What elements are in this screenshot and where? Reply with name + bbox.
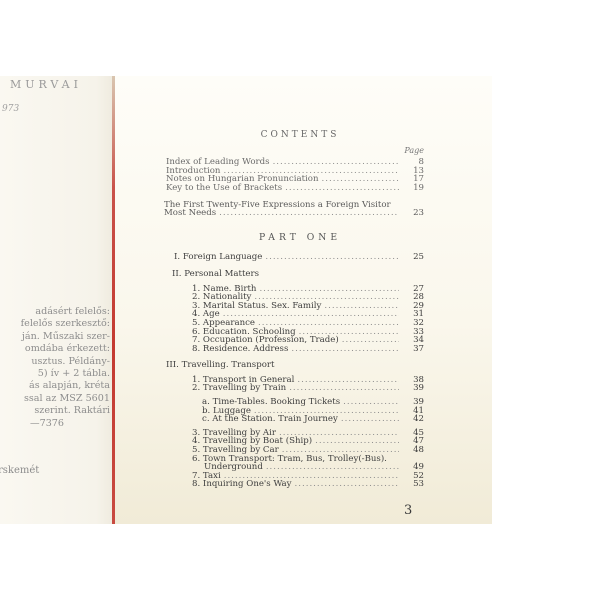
front-matter-list: Index of Leading Words8 Introduction13 N… bbox=[166, 158, 424, 192]
imprint-line: ján. Műszaki szer- bbox=[0, 331, 110, 343]
left-page: MURVAI 973 adásért felelős: felelős szer… bbox=[0, 76, 113, 524]
page-number: 3 bbox=[404, 503, 412, 518]
toc-entry: 2. Travelling by Train39 bbox=[192, 384, 424, 393]
toc-entry-continuation: Underground49 bbox=[192, 463, 424, 472]
toc-subsection-list: 1. Name. Birth27 2. Nationality28 3. Mar… bbox=[192, 285, 424, 354]
table-of-contents: CONTENTS Page Index of Leading Words8 In… bbox=[166, 131, 424, 489]
page-column-label: Page bbox=[166, 147, 424, 156]
toc-section: II. Personal Matters bbox=[172, 270, 424, 279]
imprint-line: omdába érkezett: bbox=[0, 343, 110, 355]
train-subsection-list: a. Time-Tables. Booking Tickets39 b. Lug… bbox=[202, 398, 424, 424]
imprint-line: 5) ív + 2 tábla. bbox=[0, 368, 110, 380]
contents-heading: CONTENTS bbox=[176, 131, 424, 140]
imprint-line: ssal az MSZ 5601 bbox=[0, 393, 110, 405]
imprint-line: adásért felelős: bbox=[0, 306, 110, 318]
imprint-text: adásért felelős: felelős szerkesztő: ján… bbox=[0, 306, 110, 430]
part-heading: PART ONE bbox=[176, 234, 424, 243]
imprint-line: ás alapján, kréta bbox=[0, 380, 110, 392]
toc-entry-first-25: The First Twenty-Five Expressions a Fore… bbox=[166, 201, 424, 218]
year-fragment: 973 bbox=[2, 104, 19, 114]
toc-entry: 8. Residence. Address37 bbox=[192, 345, 424, 354]
imprint-line: szerint. Raktári bbox=[0, 405, 110, 417]
imprint-line: —7376 bbox=[0, 418, 110, 430]
toc-subsection-list: 1. Transport in General38 2. Travelling … bbox=[192, 376, 424, 393]
toc-entry: c. At the Station. Train Journey42 bbox=[202, 415, 424, 424]
imprint-line: usztus. Példány- bbox=[0, 356, 110, 368]
toc-entry: Key to the Use of Brackets19 bbox=[166, 184, 424, 193]
toc-section: III. Travelling. Transport bbox=[166, 361, 424, 370]
city-fragment: rskemét bbox=[0, 465, 39, 476]
toc-section: I. Foreign Language25 bbox=[174, 253, 424, 262]
toc-subsection-list: 3. Travelling by Air45 4. Travelling by … bbox=[192, 429, 424, 489]
imprint-line: felelős szerkesztő: bbox=[0, 318, 110, 330]
toc-entry: 3. Marital Status. Sex. Family29 bbox=[192, 302, 424, 311]
author-name-fragment: MURVAI bbox=[10, 78, 82, 91]
toc-entry: 8. Inquiring One's Way53 bbox=[192, 480, 424, 489]
